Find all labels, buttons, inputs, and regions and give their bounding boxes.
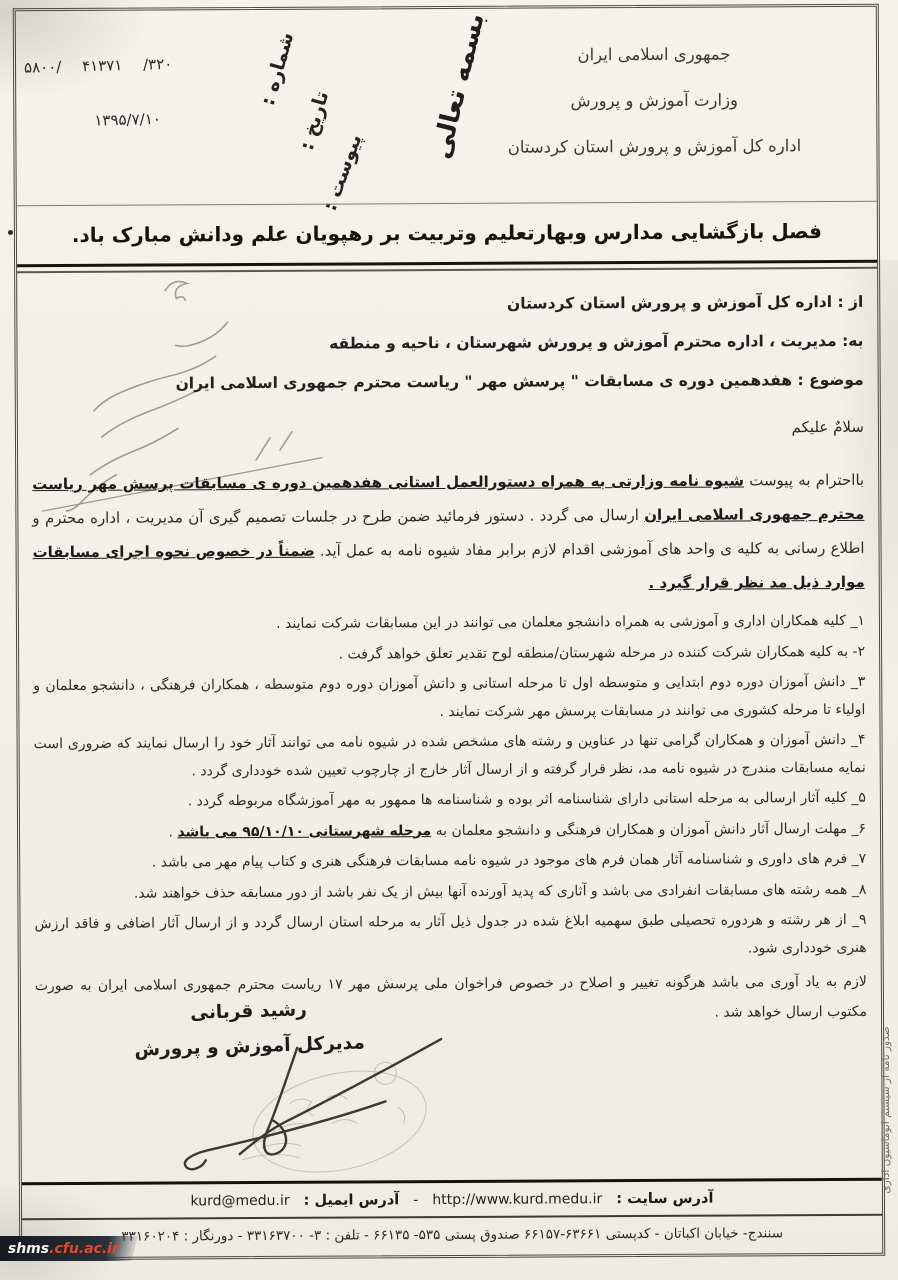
ministry-line: وزارت آموزش و پرورش — [454, 77, 854, 125]
letterhead-org-block: جمهوری اسلامی ایران وزارت آموزش و پرورش … — [454, 31, 855, 171]
website-value: http://www.kurd.medu.ir — [432, 1191, 602, 1208]
org-name-line: جمهوری اسلامی ایران — [454, 31, 854, 79]
watermark-part2: .cfu.ac.ir — [49, 1241, 119, 1257]
letter-body-box: از : اداره کل آموزش و پرورش استان کردستا… — [17, 267, 882, 1184]
watermark-text: shms.cfu.ac.ir — [8, 1241, 119, 1257]
date-label: تاریخ : — [296, 89, 333, 153]
email-label: آدرس ایمیل : — [304, 1192, 400, 1209]
directive-item-9: ۹_ از هر رشته و هردوره تحصیلی طبق سهمیه … — [34, 907, 866, 966]
directive-list: ۱_ کلیه همکاران اداری و آموزشی به همراه … — [33, 608, 867, 966]
attachment-label: پیوست : — [319, 131, 367, 214]
intro-paragraph: بااحترام به پیوست شیوه نامه وزارتی به هم… — [32, 463, 865, 603]
from-line: از : اداره کل آموزش و پرورش استان کردستا… — [31, 291, 863, 317]
scanned-letter-page: جمهوری اسلامی ایران وزارت آموزش و پرورش … — [0, 0, 898, 1280]
directive-item-2: ۲- به کلیه همکاران شرکت کننده در مرحله ش… — [33, 638, 865, 670]
footer-contact-row: آدرس سایت : http://www.kurd.medu.ir - آد… — [22, 1181, 882, 1221]
scan-speck — [8, 230, 13, 235]
intro-seg-plain: بااحترام به پیوست — [744, 471, 864, 490]
signature-scribble — [184, 1039, 442, 1169]
directive-item-8: ۸_ همه رشته های مسابقات انفرادی می باشد … — [34, 876, 866, 908]
website-label: آدرس سایت : — [616, 1190, 713, 1207]
date-value: ۱۳۹۵/۷/۱۰ — [94, 110, 161, 130]
directive-item-3: ۳_ دانش آموزان دوره دوم ابتدایی و متوسطه… — [33, 669, 865, 728]
item-6-deadline: مرحله شهرستانی ۹۵/۱۰/۱۰ می باشد — [177, 823, 431, 840]
directive-item-7: ۷_ فرم های داوری و شناسنامه آثار همان فر… — [34, 846, 866, 878]
directive-item-6: ۶_ مهلت ارسال آثار دانش آموزان و همکاران… — [34, 815, 866, 847]
subject-line: موضوع : هفدهمین دوره ی مسابقات " پرسش مه… — [32, 369, 864, 395]
department-line: اداره کل آموزش و پرورش استان کردستان — [454, 123, 854, 171]
directive-item-1: ۱_ کلیه همکاران اداری و آموزشی به همراه … — [33, 608, 865, 640]
email-value: kurd@medu.ir — [190, 1192, 289, 1209]
signature-and-stamp — [89, 1033, 470, 1175]
directive-item-5: ۵_ کلیه آثار ارسالی به مرحله استانی دارا… — [34, 785, 866, 817]
to-line: به: مدیریت ، اداره محترم آموزش و پرورش ش… — [31, 330, 863, 356]
footer-dash: - — [413, 1192, 418, 1208]
item-6-text: ۶_ مهلت ارسال آثار دانش آموزان و همکاران… — [431, 820, 866, 838]
salutation: سلامٌ علیکم — [32, 418, 864, 440]
directive-item-4: ۴_ دانش آموزان و همکاران گرامی تنها در ع… — [34, 727, 866, 786]
number-label: شماره : — [257, 30, 298, 108]
automation-note: صدور نامه از سیستم اتوماسیون اداری — [880, 945, 896, 1275]
watermark-part1: shms — [8, 1241, 49, 1257]
letter-text: از : اداره کل آموزش و پرورش استان کردستا… — [31, 291, 867, 1031]
letter-frame: جمهوری اسلامی ایران وزارت آموزش و پرورش … — [13, 4, 886, 1261]
number-value: ۵۸۰۰/ ۴۱۳۷۱ /۳۲۰ — [24, 55, 173, 77]
address-line: سنندج- خیابان اکباتان - کدپستی ۶۳۶۶۱-۶۶۱… — [121, 1225, 783, 1244]
watermark: shms.cfu.ac.ir — [0, 1236, 138, 1261]
opening-banner: فصل بازگشایی مدارس وبهارتعلیم وتربیت بر … — [17, 202, 877, 268]
footer-box: آدرس سایت : http://www.kurd.medu.ir - آد… — [22, 1178, 882, 1255]
footer-address-row: سنندج- خیابان اکباتان - کدپستی ۶۳۶۶۱-۶۶۱… — [22, 1216, 882, 1255]
